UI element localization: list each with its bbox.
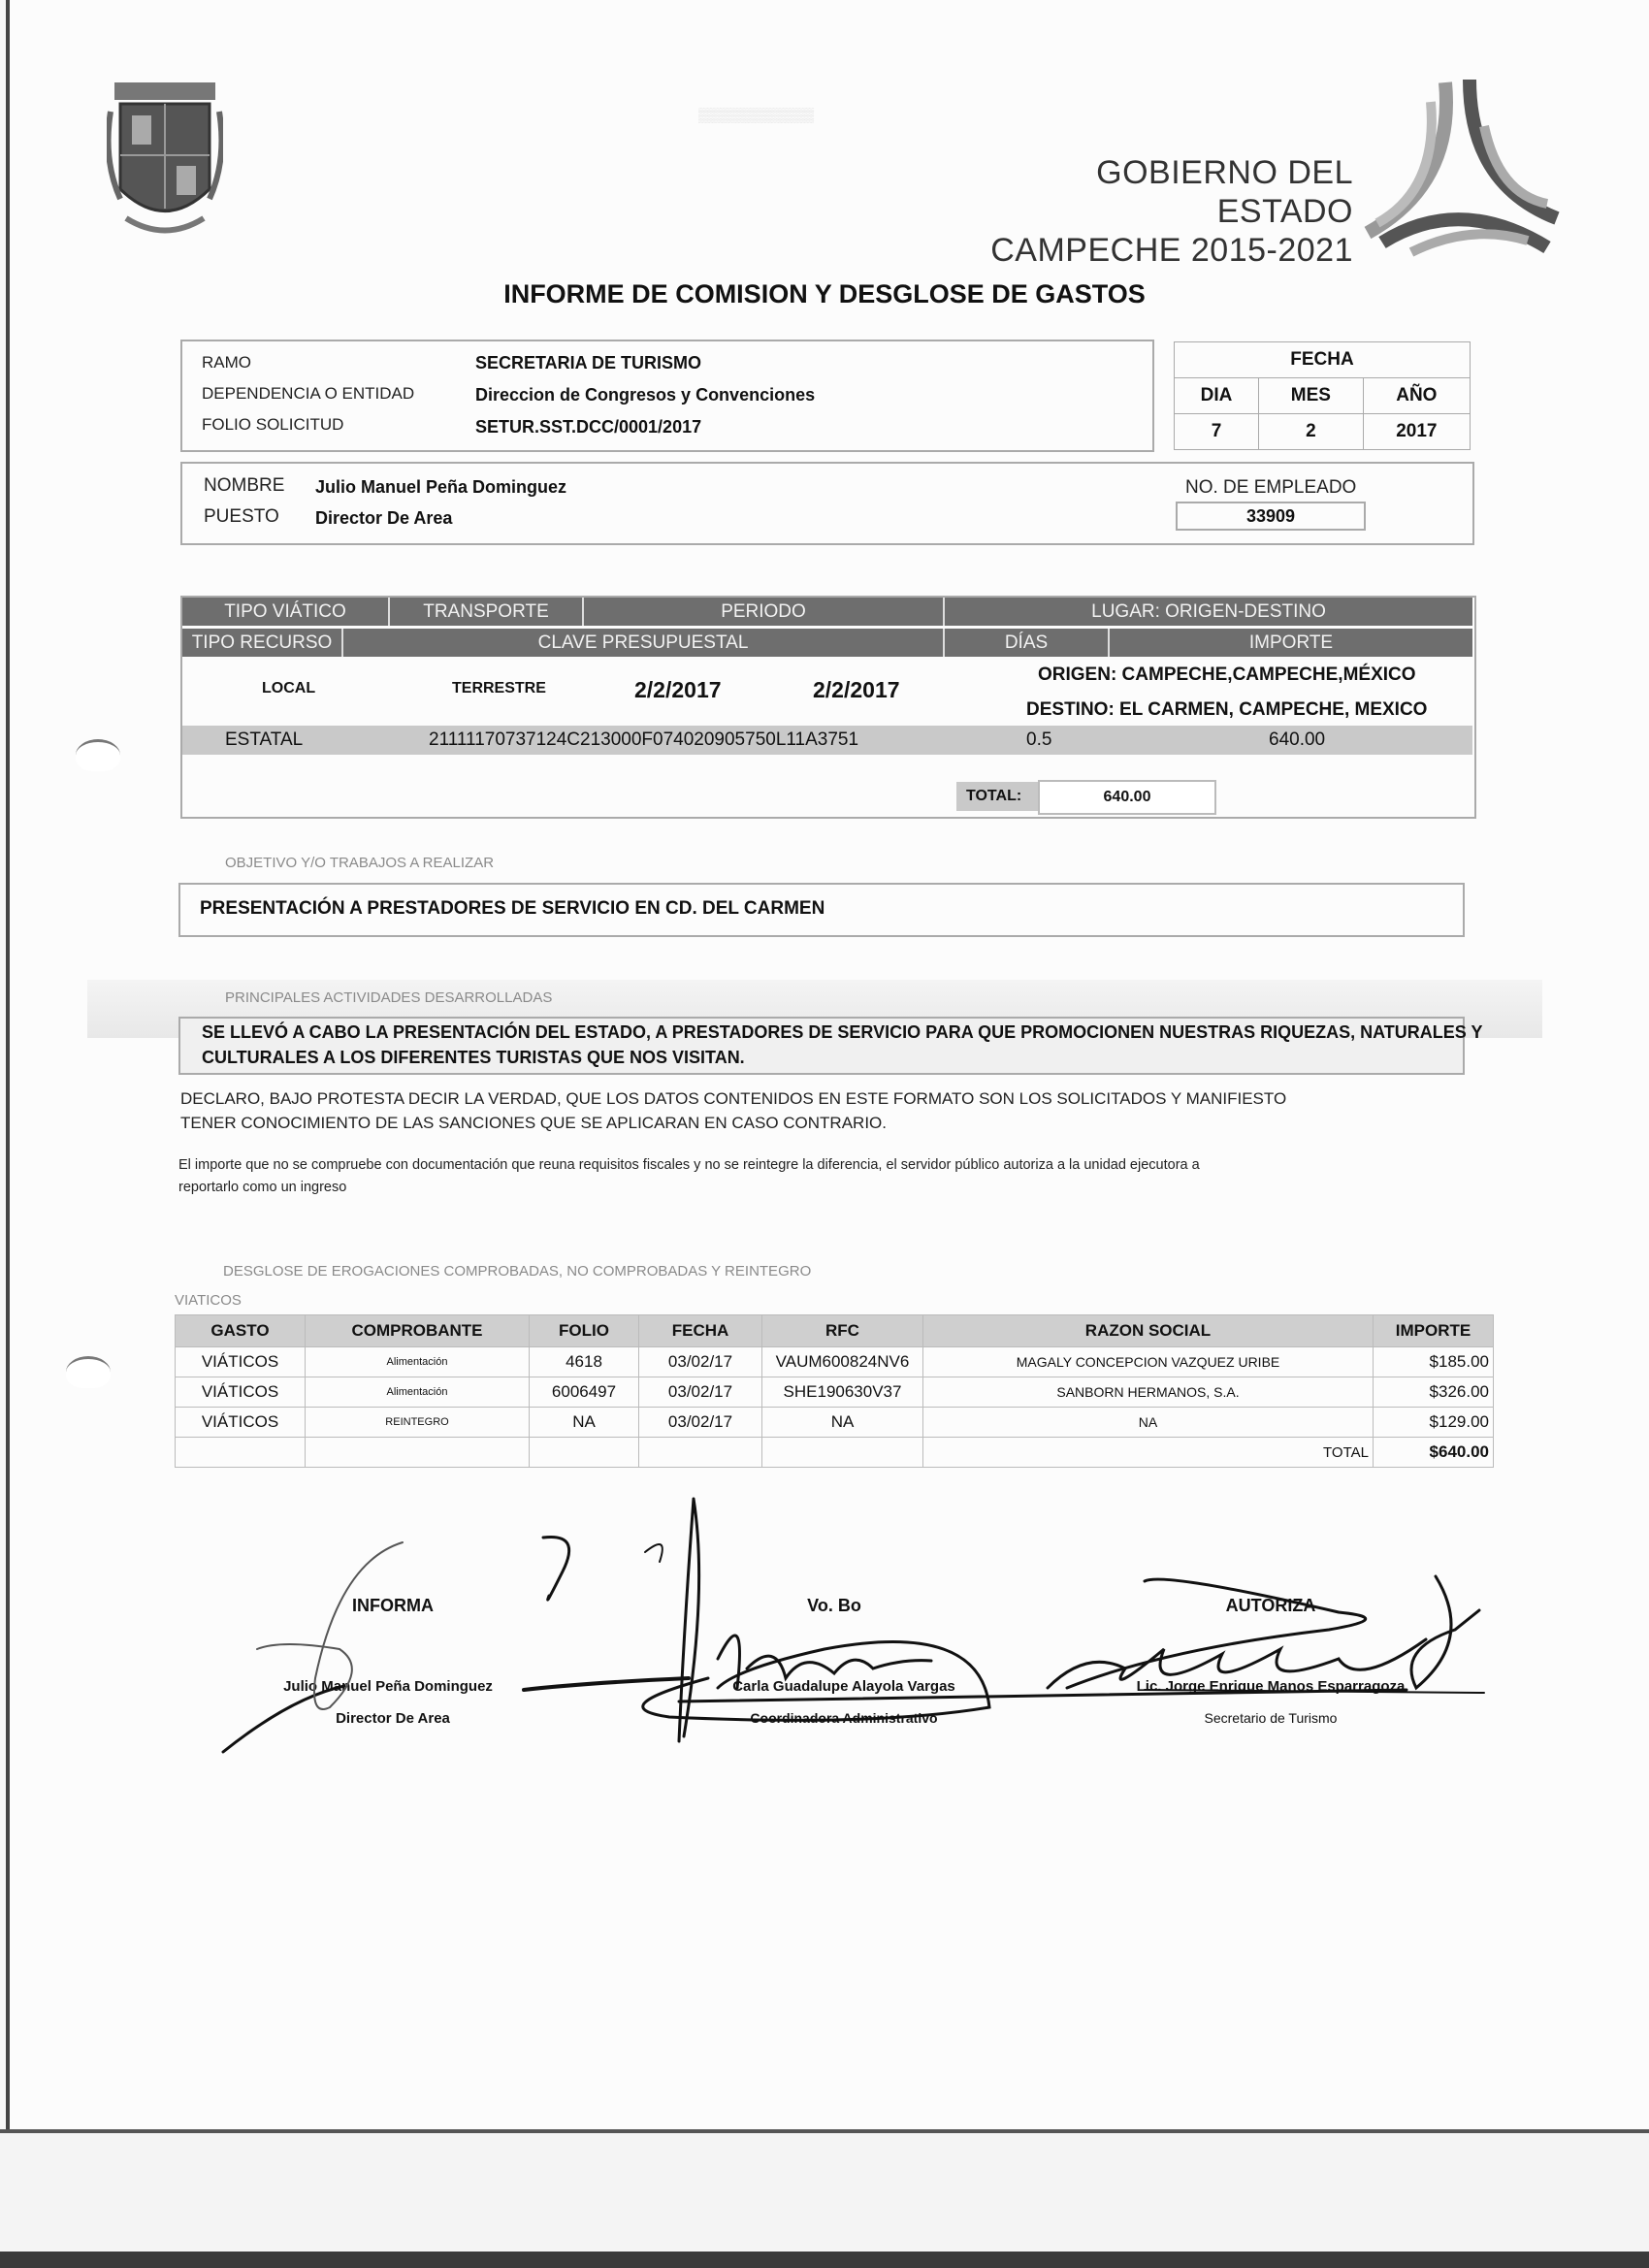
handwritten-signatures	[0, 0, 1649, 1795]
signature-informa-stroke	[223, 1686, 344, 1752]
scanner-bed-band	[0, 2133, 1649, 2252]
scanner-edge	[0, 2252, 1649, 2268]
